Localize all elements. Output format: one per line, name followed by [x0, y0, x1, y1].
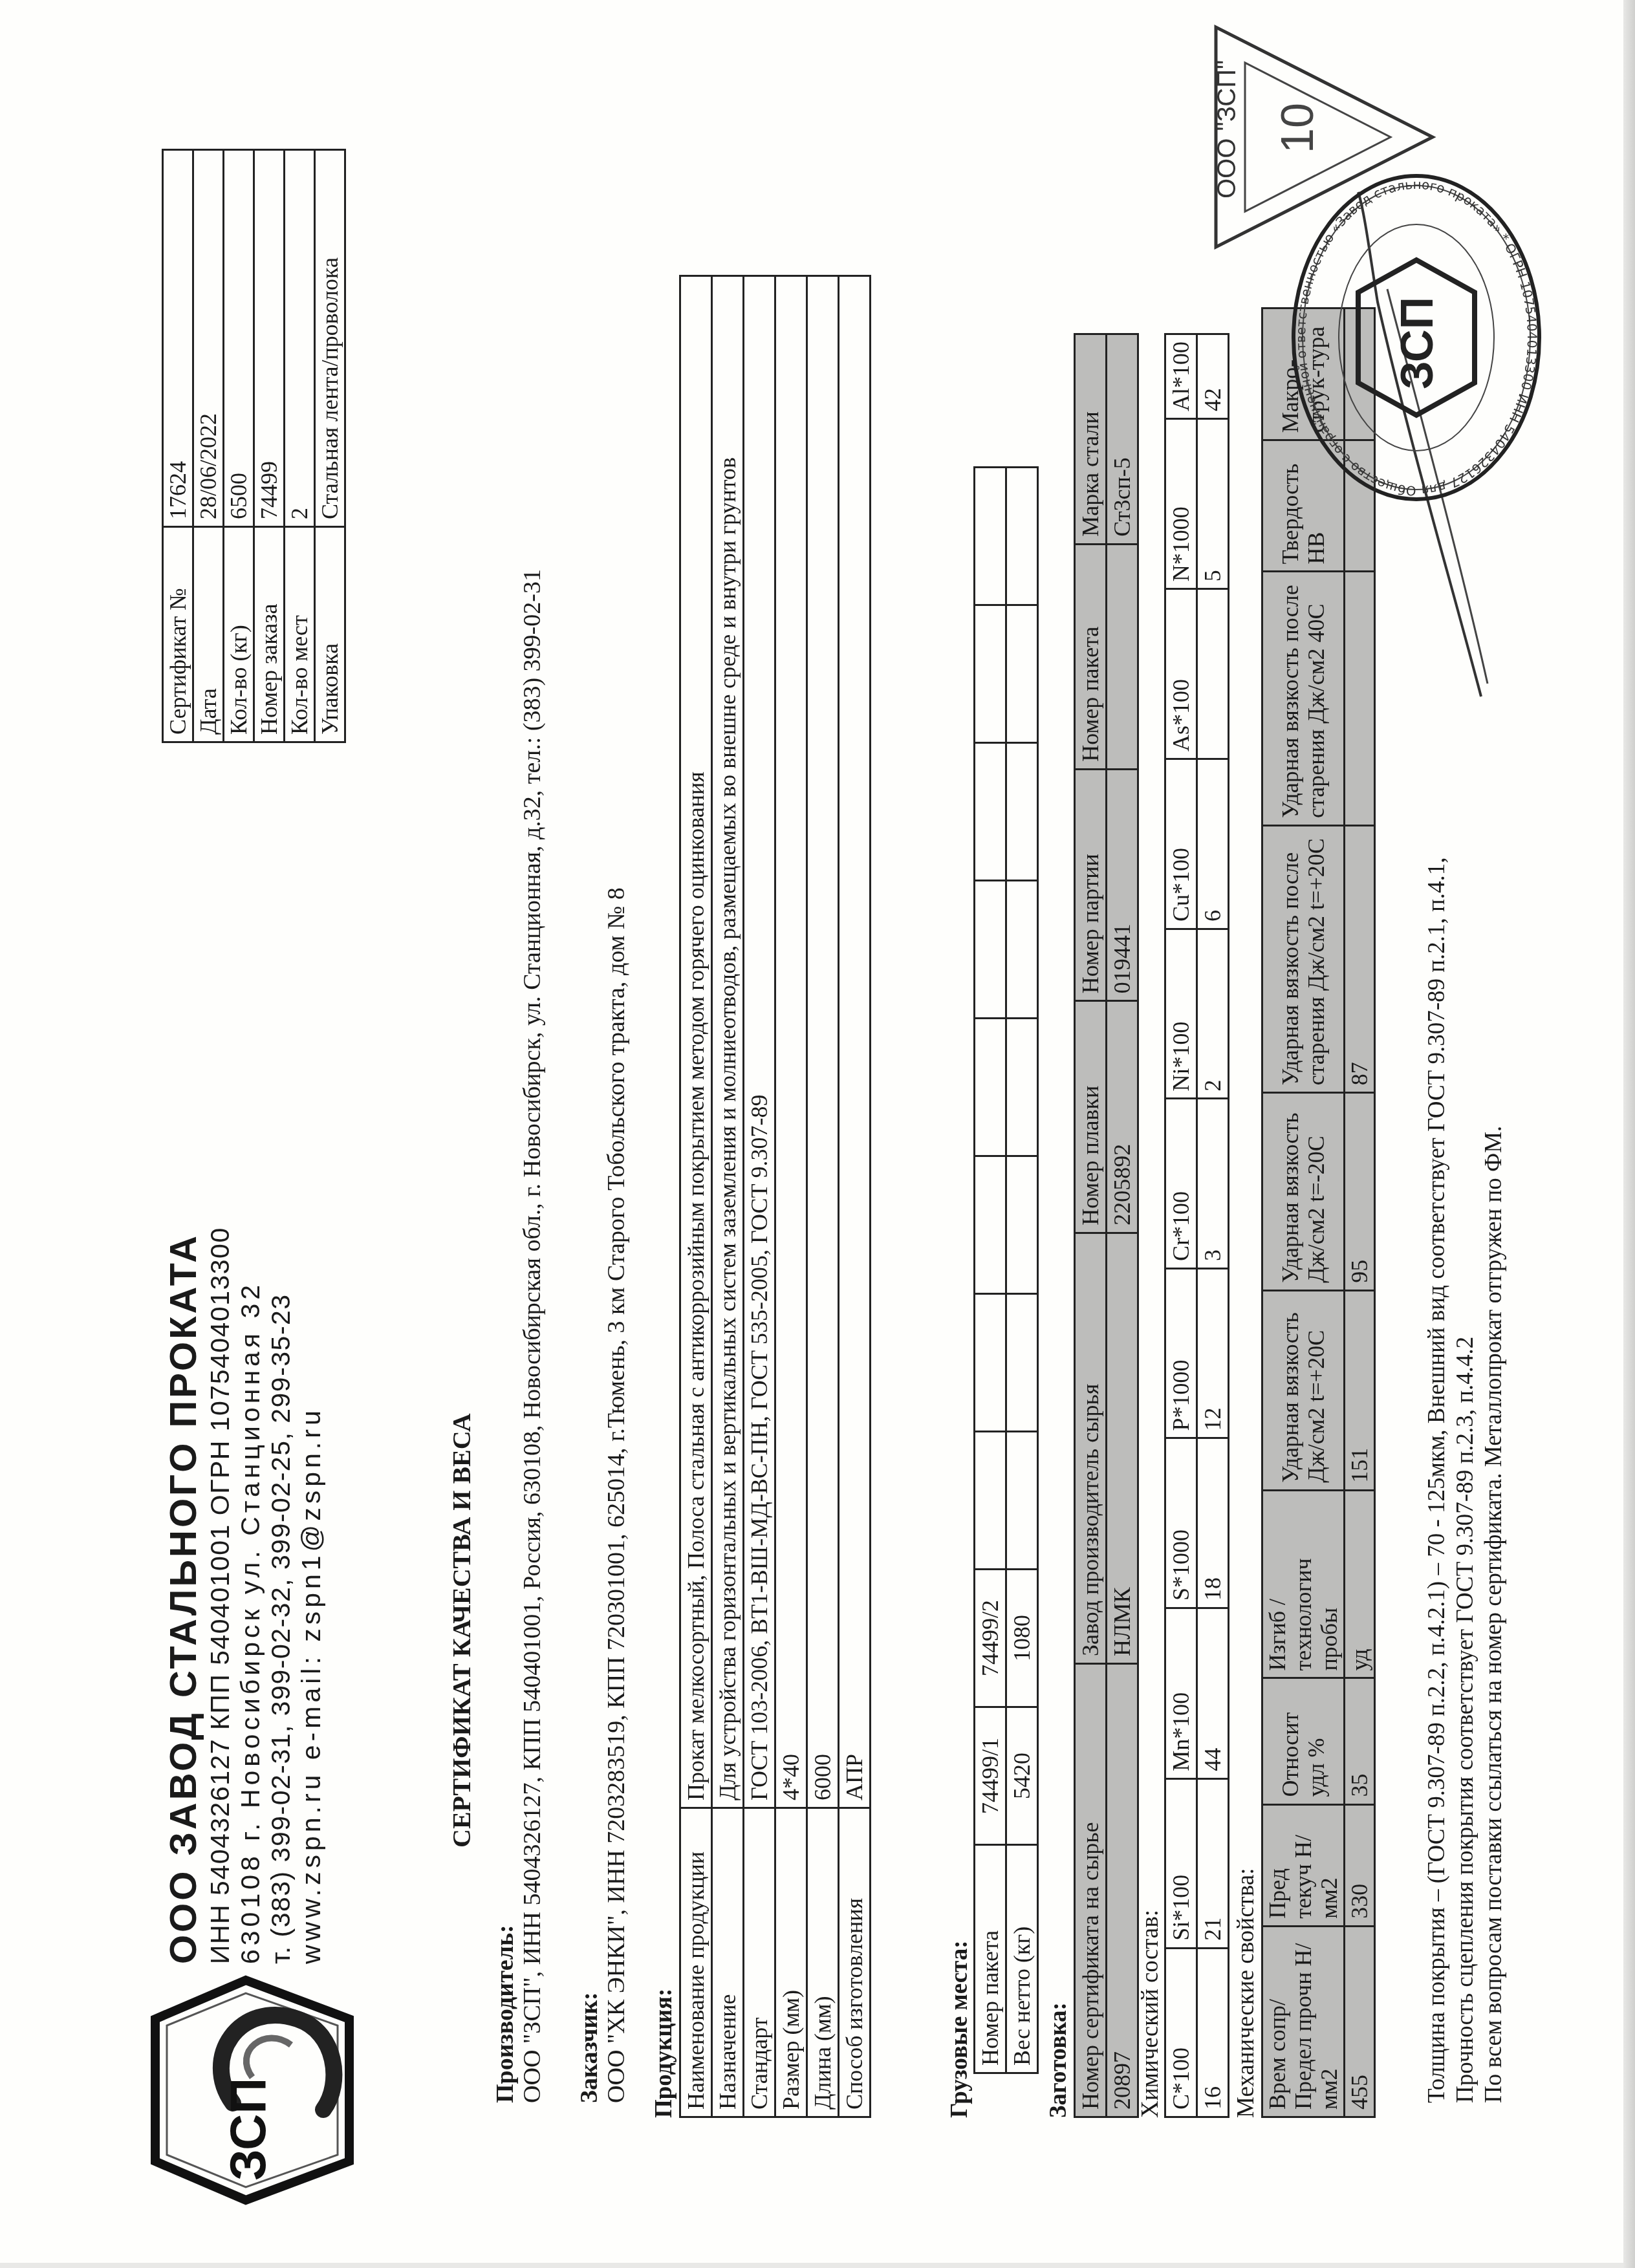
table-cell: Для устройства горизонтальных и вертикал…: [712, 276, 744, 1808]
svg-text:ЗСП: ЗСП: [219, 2078, 276, 2181]
table-cell: [975, 1432, 1006, 1570]
table-cell: Cr*100: [1165, 1099, 1197, 1268]
table-cell: 74499: [254, 150, 285, 527]
company-logo-icon: ЗСП: [149, 1974, 356, 2207]
table-cell: [975, 881, 1006, 1019]
company-web-email: www.zspn.ru e-mail: zspn1@zspn.ru: [296, 1227, 327, 1964]
scan-edge: [0, 2263, 1635, 2268]
table-cell: 1080: [1006, 1570, 1038, 1707]
table-cell: [1006, 743, 1038, 881]
table-cell: 18: [1197, 1438, 1229, 1608]
table-cell: [1006, 468, 1038, 605]
table-cell: Длина (мм): [807, 1808, 839, 2117]
certificate-page: ЗСП ООО ЗАВОД СТАЛЬНОГО ПРОКАТА ИНН 5404…: [0, 0, 1635, 2268]
table-cell: 2: [285, 150, 315, 527]
notes-block: Толщина покрытия – (ГОСТ 9.307-89 п.2.2,…: [1423, 857, 1508, 2103]
table-cell: 2205892: [1107, 1001, 1138, 1233]
table-cell: Cu*100: [1165, 759, 1197, 929]
table-cell: Ударная вязкость Дж/см2 t=-20С: [1262, 1093, 1345, 1290]
customer-label: Заказчик:: [576, 887, 603, 2103]
table-cell: As*100: [1165, 589, 1197, 759]
table-cell: НЛМК: [1107, 1233, 1138, 1663]
table-cell: 21: [1197, 1778, 1229, 1948]
table-cell: 6000: [807, 276, 839, 1808]
product-row: НазначениеДля устройства горизонтальных …: [712, 276, 744, 2117]
table-cell: [1006, 605, 1038, 743]
certificate-info-row: Кол-во (кг)6500: [224, 150, 254, 742]
mechanical-label: Механические свойства:: [1232, 1868, 1260, 2118]
svg-text:ЗСП: ЗСП: [1392, 297, 1442, 389]
table-cell: Прокат мелкосортный, Полоса стальная с а…: [680, 276, 712, 1808]
table-cell: 35: [1345, 1678, 1375, 1804]
table-cell: Ударная вязкость после старения Дж/см2 4…: [1262, 572, 1345, 826]
table-cell: 74499/1: [975, 1707, 1006, 1845]
chemical-label: Химический состав:: [1136, 1910, 1164, 2118]
customer-text: ООО "ХК ЭНКИ", ИНН 7203283519, КПП 72030…: [603, 887, 630, 2103]
note-coating-adhesion: Прочность сцепления покрытия соответству…: [1451, 857, 1480, 2103]
producer-text: ООО "ЗСП", ИНН 5404326127, КПП 540401001…: [519, 569, 546, 2103]
product-row: Наименование продукцииПрокат мелкосортны…: [680, 276, 712, 2117]
table-cell: P*1000: [1165, 1268, 1197, 1438]
product-row: Способ изготовленияАПР: [839, 276, 871, 2117]
table-cell: Номер плавки: [1075, 1001, 1107, 1233]
table-cell: [1006, 1019, 1038, 1156]
table-cell: [1006, 1432, 1038, 1570]
table-cell: ГОСТ 103-2006, ВТ1-ВШ-МД-ВС-ПН, ГОСТ 535…: [744, 276, 775, 1808]
billet-value-row: 20897НЛМК2205892019441Ст3сп-5: [1107, 334, 1138, 2117]
table-cell: 4*40: [775, 276, 807, 1808]
table-cell: Дата: [193, 527, 224, 742]
table-cell: 330: [1345, 1804, 1375, 1926]
certificate-info-row: Кол-во мест2: [285, 150, 315, 742]
product-row: Длина (мм)6000: [807, 276, 839, 2117]
table-cell: [1006, 1156, 1038, 1294]
table-cell: C*100: [1165, 1948, 1197, 2117]
table-cell: [975, 468, 1006, 605]
table-cell: 6500: [224, 150, 254, 527]
chemical-value-row: 1621441812326542: [1197, 334, 1229, 2117]
table-cell: S*1000: [1165, 1438, 1197, 1608]
table-cell: Изгиб / технологич пробы: [1262, 1490, 1345, 1678]
table-cell: 5: [1197, 419, 1229, 589]
certificate-info-row: УпаковкаСтальная лента/проволока: [315, 150, 345, 742]
certificate-info-row: Номер заказа74499: [254, 150, 285, 742]
table-cell: [975, 1019, 1006, 1156]
table-cell: [975, 605, 1006, 743]
qc-stamp-icon: ООО "ЗСП" 10: [1203, 17, 1442, 257]
certificate-info-row: Сертификат №17624: [163, 150, 193, 742]
table-cell: Врем сопр/ Предел прочн Н/мм2: [1262, 1926, 1345, 2117]
table-cell: Номер партии: [1075, 769, 1107, 1001]
cargo-table: Номер пакета74499/174499/2Вес нетто (кг)…: [973, 466, 1039, 2074]
billet-table: Номер сертификата на сырьеЗавод производ…: [1074, 333, 1139, 2118]
cargo-label: Грузовые места:: [946, 1940, 973, 2118]
company-address: 630108 г. Новосибирск ул. Станционная 32: [235, 1227, 266, 1964]
table-cell: Al*100: [1165, 334, 1197, 419]
table-cell: 95: [1345, 1093, 1375, 1290]
table-cell: Стандарт: [744, 1808, 775, 2117]
table-cell: [975, 743, 1006, 881]
producer-label: Производитель:: [492, 569, 519, 2103]
producer-block: Производитель: ООО "ЗСП", ИНН 5404326127…: [492, 569, 546, 2103]
table-cell: [975, 1156, 1006, 1294]
product-row: СтандартГОСТ 103-2006, ВТ1-ВШ-МД-ВС-ПН, …: [744, 276, 775, 2117]
table-cell: Упаковка: [315, 527, 345, 742]
table-cell: 17624: [163, 150, 193, 527]
product-row: Размер (мм)4*40: [775, 276, 807, 2117]
table-cell: Стальная лента/проволока: [315, 150, 345, 527]
table-cell: [1006, 881, 1038, 1019]
table-cell: [1006, 1294, 1038, 1432]
table-cell: Относит удл %: [1262, 1678, 1345, 1804]
table-cell: Номер заказа: [254, 527, 285, 742]
billet-header-row: Номер сертификата на сырьеЗавод производ…: [1075, 334, 1107, 2117]
certificate-info-row: Дата28/06/2022: [193, 150, 224, 742]
svg-text:ООО "ЗСП": ООО "ЗСП": [1213, 60, 1241, 199]
table-cell: 12: [1197, 1268, 1229, 1438]
table-cell: Наименование продукции: [680, 1808, 712, 2117]
note-coating-thickness: Толщина покрытия – (ГОСТ 9.307-89 п.2.2,…: [1423, 857, 1451, 2103]
company-name: ООО ЗАВОД СТАЛЬНОГО ПРОКАТА: [162, 1227, 205, 1964]
table-cell: Завод производитель сырья: [1075, 1233, 1107, 1663]
table-cell: Ударная вязкость после старения Дж/см2 t…: [1262, 825, 1345, 1092]
table-cell: Si*100: [1165, 1778, 1197, 1948]
table-cell: уд: [1345, 1490, 1375, 1678]
table-cell: [1107, 544, 1138, 769]
table-cell: 87: [1345, 825, 1375, 1092]
table-cell: 455: [1345, 1926, 1375, 2117]
cargo-row: Вес нетто (кг)54201080: [1006, 468, 1038, 2073]
product-label: Продукция:: [650, 1989, 678, 2118]
table-cell: Mn*100: [1165, 1608, 1197, 1779]
scan-edge: [1623, 0, 1635, 2268]
chemical-header-row: C*100Si*100Mn*100S*1000P*1000Cr*100Ni*10…: [1165, 334, 1197, 2117]
table-cell: 2: [1197, 929, 1229, 1099]
table-cell: Пред текуч Н/мм2: [1262, 1804, 1345, 1926]
table-cell: Кол-во (кг): [224, 527, 254, 742]
svg-text:10: 10: [1272, 103, 1323, 153]
product-table: Наименование продукцииПрокат мелкосортны…: [679, 275, 871, 2118]
table-cell: Способ изготовления: [839, 1808, 871, 2117]
table-cell: N*1000: [1165, 419, 1197, 589]
note-contact: По всем вопросам поставки ссылаться на н…: [1480, 857, 1508, 2103]
table-cell: Номер пакета: [1075, 544, 1107, 769]
table-cell: 019441: [1107, 769, 1138, 1001]
table-cell: 3: [1197, 1099, 1229, 1268]
company-header: ООО ЗАВОД СТАЛЬНОГО ПРОКАТА ИНН 54043261…: [162, 1227, 327, 1964]
table-cell: 16: [1197, 1948, 1229, 2117]
table-cell: АПР: [839, 276, 871, 1808]
table-cell: Марка стали: [1075, 334, 1107, 545]
billet-label: Заготовка:: [1045, 2002, 1072, 2118]
certificate-info-table: Сертификат №17624Дата28/06/2022Кол-во (к…: [162, 149, 346, 743]
customer-block: Заказчик: ООО "ХК ЭНКИ", ИНН 7203283519,…: [576, 887, 630, 2103]
table-cell: Ударная вязкость Дж/см2 t=+20С: [1262, 1290, 1345, 1490]
table-cell: Кол-во мест: [285, 527, 315, 742]
table-cell: Вес нетто (кг): [1006, 1845, 1038, 2073]
table-cell: Ст3сп-5: [1107, 334, 1138, 545]
table-cell: 44: [1197, 1608, 1229, 1779]
mechanical-header-row: Врем сопр/ Предел прочн Н/мм2Пред текуч …: [1262, 308, 1345, 2117]
chemical-table: C*100Si*100Mn*100S*1000P*1000Cr*100Ni*10…: [1164, 333, 1229, 2118]
cargo-row: Номер пакета74499/174499/2: [975, 468, 1006, 2073]
table-cell: Номер пакета: [975, 1845, 1006, 2073]
table-cell: 42: [1197, 334, 1229, 419]
table-cell: 151: [1345, 1290, 1375, 1490]
table-cell: 5420: [1006, 1707, 1038, 1845]
table-cell: [1197, 589, 1229, 759]
table-cell: Размер (мм): [775, 1808, 807, 2117]
table-cell: Номер сертификата на сырье: [1075, 1663, 1107, 2117]
table-cell: Ni*100: [1165, 929, 1197, 1099]
table-cell: Сертификат №: [163, 527, 193, 742]
table-cell: 6: [1197, 759, 1229, 929]
document-title: СЕРТИФИКАТ КАЧЕСТВА И ВЕСА: [446, 1413, 477, 1848]
table-cell: Назначение: [712, 1808, 744, 2117]
table-cell: 20897: [1107, 1663, 1138, 2117]
company-requisites: ИНН 5404326127 КПП 540401001 ОГРН 107540…: [205, 1227, 235, 1964]
company-phones: т. (383) 399-02-31, 399-02-32, 399-02-25…: [266, 1227, 296, 1964]
table-cell: [975, 1294, 1006, 1432]
table-cell: 74499/2: [975, 1570, 1006, 1707]
table-cell: 28/06/2022: [193, 150, 224, 527]
